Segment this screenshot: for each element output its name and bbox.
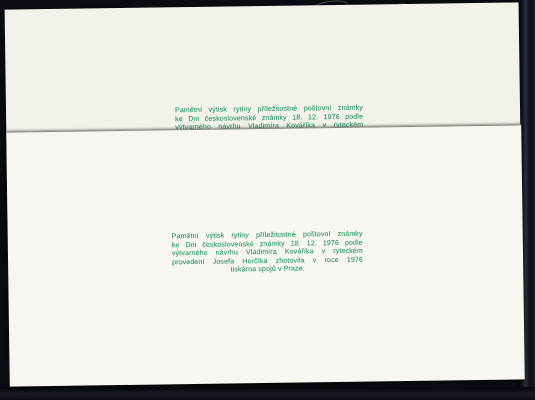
memorial-card-bottom: Pamětní výtisk rytiny příležitostné pošt… bbox=[6, 124, 525, 386]
album-bottom-band bbox=[0, 387, 535, 400]
imprint-text-bottom: Pamětní výtisk rytiny příležitostné pošt… bbox=[172, 231, 364, 277]
photo-background: Pamětní výtisk rytiny příležitostné pošt… bbox=[0, 0, 535, 400]
